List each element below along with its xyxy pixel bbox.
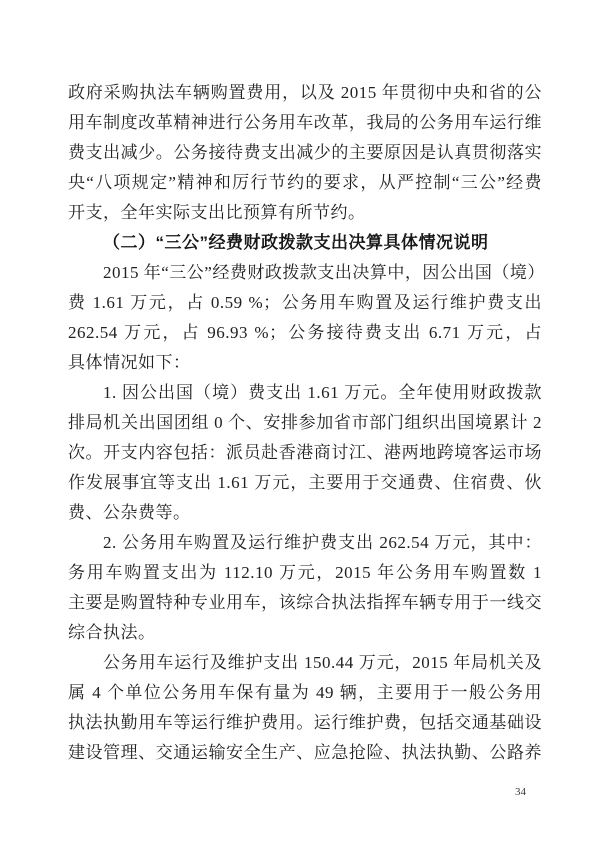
text-line: 属 4 个单位公务用车保有量为 49 辆，主要用于一般公务用车、	[68, 678, 542, 708]
text-line: 公务用车运行及维护支出 150.44 万元，2015 年局机关及下	[68, 648, 542, 678]
text-line: 具体情况如下：	[68, 348, 542, 378]
text-line: 主要是购置特种专业用车，该综合执法指挥车辆专用于一线交通	[68, 588, 542, 618]
text-line: 政府采购执法车辆购置费用，以及 2015 年贯彻中央和省的公务	[68, 78, 542, 108]
document-page: 政府采购执法车辆购置费用，以及 2015 年贯彻中央和省的公务 用车制度改革精神…	[0, 0, 600, 848]
paragraph: 公务用车运行及维护支出 150.44 万元，2015 年局机关及下 属 4 个单…	[68, 648, 542, 768]
text-line: 央“八项规定”精神和厉行节约的要求，从严控制“三公”经费	[68, 168, 542, 198]
text-line: 1. 因公出国（境）费支出 1.61 万元。全年使用财政拨款安	[68, 378, 542, 408]
text-line: 262.54 万元，占 96.93 %；公务接待费支出 6.71 万元，占 2.…	[68, 318, 542, 348]
paragraph: 1. 因公出国（境）费支出 1.61 万元。全年使用财政拨款安 排局机关出国团组…	[68, 378, 542, 528]
section-heading: （二）“三公”经费财政拨款支出决算具体情况说明	[68, 228, 542, 258]
page-number: 34	[515, 785, 526, 799]
text-line: 用车制度改革精神进行公务用车改革，我局的公务用车运行维护	[68, 108, 542, 138]
text-line: 次。开支内容包括：派员赴香港商讨江、港两地跨境客运市场合	[68, 438, 542, 468]
text-line: 综合执法。	[68, 618, 542, 648]
text-line: 务用车购置支出为 112.10 万元，2015 年公务用车购置数 1 辆，	[68, 558, 542, 588]
paragraph: 2. 公务用车购置及运行维护费支出 262.54 万元，其中：公 务用车购置支出…	[68, 528, 542, 648]
text-line: 开支，全年实际支出比预算有所节约。	[68, 198, 542, 228]
text-line: 执法执勤用车等运行维护费用。运行维护费，包括交通基础设施	[68, 708, 542, 738]
paragraph: 2015 年“三公”经费财政拨款支出决算中，因公出国（境） 费 1.61 万元，…	[68, 258, 542, 378]
document-body: 政府采购执法车辆购置费用，以及 2015 年贯彻中央和省的公务 用车制度改革精神…	[68, 78, 542, 768]
text-line: 建设管理、交通运输安全生产、应急抢险、执法执勤、公路养护	[68, 738, 542, 768]
text-line: 排局机关出国团组 0 个、安排参加省市部门组织出国境累计 2 人	[68, 408, 542, 438]
text-line: 2015 年“三公”经费财政拨款支出决算中，因公出国（境）	[68, 258, 542, 288]
text-line: 费、公杂费等。	[68, 498, 542, 528]
text-line: 作发展事宜等支出 1.61 万元，主要用于交通费、住宿费、伙食	[68, 468, 542, 498]
paragraph: 政府采购执法车辆购置费用，以及 2015 年贯彻中央和省的公务 用车制度改革精神…	[68, 78, 542, 228]
text-line: 费 1.61 万元，占 0.59 %；公务用车购置及运行维护费支出	[68, 288, 542, 318]
text-line: 2. 公务用车购置及运行维护费支出 262.54 万元，其中：公	[68, 528, 542, 558]
text-line: 费支出减少。公务接待费支出减少的主要原因是认真贯彻落实中	[68, 138, 542, 168]
